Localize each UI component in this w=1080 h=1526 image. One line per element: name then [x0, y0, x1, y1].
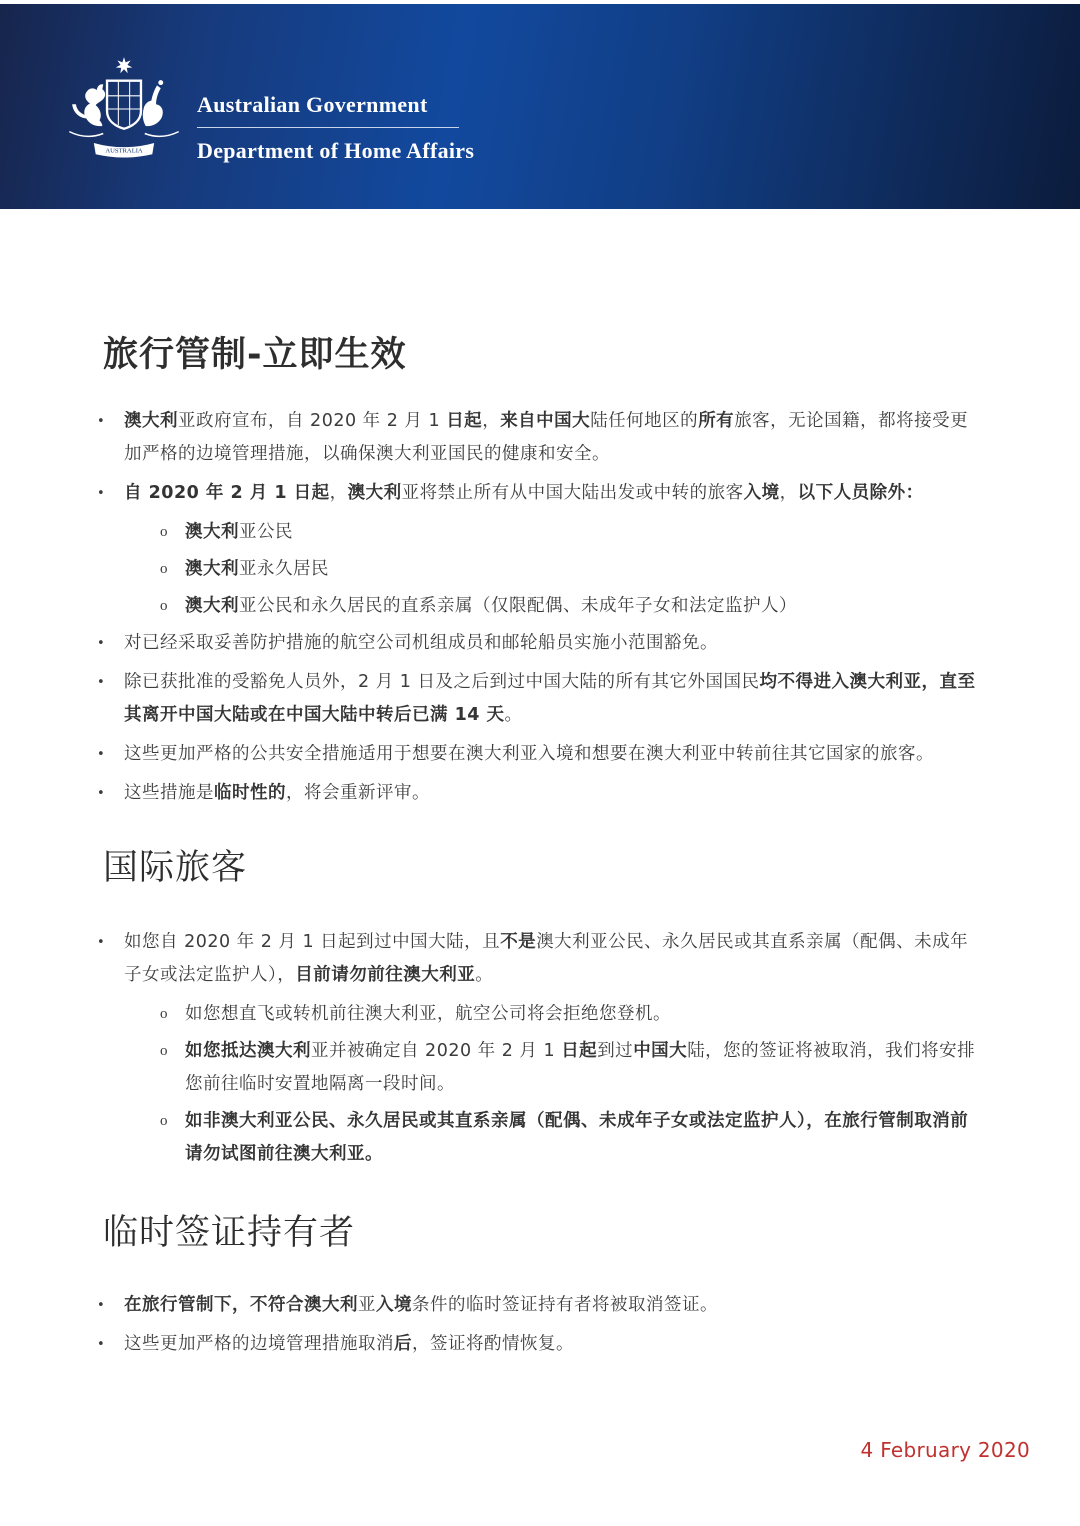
sub-bullet-item: o 如您想直飞或转机前往澳大利亚，航空公司将会拒绝您登机。	[97, 998, 986, 1031]
bullet-item: • 对已经采取妥善防护措施的航空公司机组成员和邮轮船员实施小范围豁免。	[97, 627, 986, 660]
bullet-icon: •	[97, 405, 124, 471]
bullet-text: 澳大利亚政府宣布，自 2020 年 2 月 1 日起，来自中国大陆任何地区的所有…	[124, 405, 986, 471]
australian-coat-of-arms-icon: AUSTRALIA	[58, 46, 190, 172]
bullet-text: 如您自 2020 年 2 月 1 日起到过中国大陆，且不是澳大利亚公民、永久居民…	[124, 926, 986, 992]
bullet-icon: •	[97, 926, 124, 992]
sub-bullet-text: 澳大利亚永久居民	[185, 553, 986, 586]
bullet-icon: •	[97, 627, 124, 660]
bullet-item: • 这些更加严格的边境管理措施取消后，签证将酌情恢复。	[97, 1328, 986, 1361]
sub-bullet-text: 如非澳大利亚公民、永久居民或其直系亲属（配偶、未成年子女或法定监护人），在旅行管…	[185, 1105, 986, 1171]
sub-bullet-item: o 澳大利亚永久居民	[97, 553, 986, 586]
sub-bullet-item: o 澳大利亚公民	[97, 516, 986, 549]
sub-bullet-icon: o	[160, 553, 185, 586]
document-body: 旅行管制-立即生效 • 澳大利亚政府宣布，自 2020 年 2 月 1 日起，来…	[0, 209, 1080, 1367]
wattle-spray-icon	[69, 132, 103, 137]
section-title-international-travellers: 国际旅客	[103, 840, 986, 890]
document-date: 4 February 2020	[861, 1438, 1030, 1462]
bullet-item: • 在旅行管制下，不符合澳大利亚入境条件的临时签证持有者将被取消签证。	[97, 1289, 986, 1322]
bullet-text: 这些措施是临时性的，将会重新评审。	[124, 777, 986, 810]
header-banner: AUSTRALIA Australian Government Departme…	[0, 4, 1080, 209]
bullet-item: • 这些更加严格的公共安全措施适用于想要在澳大利亚入境和想要在澳大利亚中转前往其…	[97, 738, 986, 771]
bullet-text: 这些更加严格的边境管理措施取消后，签证将酌情恢复。	[124, 1328, 986, 1361]
bullet-text: 除已获批准的受豁免人员外，2 月 1 日及之后到过中国大陆的所有其它外国国民均不…	[124, 666, 986, 732]
sub-bullet-text: 澳大利亚公民	[185, 516, 986, 549]
bullet-text: 这些更加严格的公共安全措施适用于想要在澳大利亚入境和想要在澳大利亚中转前往其它国…	[124, 738, 986, 771]
agency-divider	[197, 127, 459, 128]
bullet-icon: •	[97, 477, 124, 510]
sub-bullet-icon: o	[160, 590, 185, 623]
sub-bullet-icon: o	[160, 516, 185, 549]
emu-icon	[143, 85, 163, 126]
commonwealth-star-icon	[116, 57, 133, 73]
sub-bullet-item: o 如非澳大利亚公民、永久居民或其直系亲属（配偶、未成年子女或法定监护人），在旅…	[97, 1105, 986, 1171]
section-title-temporary-visa-holders: 临时签证持有者	[103, 1205, 986, 1255]
bullet-icon: •	[97, 1328, 124, 1361]
bullet-item: • 自 2020 年 2 月 1 日起，澳大利亚将禁止所有从中国大陆出发或中转的…	[97, 477, 986, 510]
agency-title-block: Australian Government Department of Home…	[197, 92, 617, 164]
department-name: Department of Home Affairs	[197, 138, 617, 164]
sub-bullet-icon: o	[160, 998, 185, 1031]
sub-bullet-icon: o	[160, 1035, 185, 1101]
government-name: Australian Government	[197, 92, 617, 118]
bullet-text: 在旅行管制下，不符合澳大利亚入境条件的临时签证持有者将被取消签证。	[124, 1289, 986, 1322]
bullet-icon: •	[97, 738, 124, 771]
kangaroo-icon	[84, 84, 105, 126]
bullet-item: • 如您自 2020 年 2 月 1 日起到过中国大陆，且不是澳大利亚公民、永久…	[97, 926, 986, 992]
bullet-text: 对已经采取妥善防护措施的航空公司机组成员和邮轮船员实施小范围豁免。	[124, 627, 986, 660]
bullet-icon: •	[97, 1289, 124, 1322]
sub-bullet-item: o 澳大利亚公民和永久居民的直系亲属（仅限配偶、未成年子女和法定监护人）	[97, 590, 986, 623]
shield-icon	[107, 81, 141, 129]
sub-bullet-text: 如您想直飞或转机前往澳大利亚，航空公司将会拒绝您登机。	[185, 998, 986, 1031]
bullet-icon: •	[97, 777, 124, 810]
sub-bullet-icon: o	[160, 1105, 185, 1171]
sub-bullet-text: 如您抵达澳大利亚并被确定自 2020 年 2 月 1 日起到过中国大陆，您的签证…	[185, 1035, 986, 1101]
scroll-banner-text: AUSTRALIA	[105, 147, 143, 154]
document-page: AUSTRALIA Australian Government Departme…	[0, 0, 1080, 1526]
sub-bullet-text: 澳大利亚公民和永久居民的直系亲属（仅限配偶、未成年子女和法定监护人）	[185, 590, 986, 623]
bullet-item: • 澳大利亚政府宣布，自 2020 年 2 月 1 日起，来自中国大陆任何地区的…	[97, 405, 986, 471]
sub-bullet-item: o 如您抵达澳大利亚并被确定自 2020 年 2 月 1 日起到过中国大陆，您的…	[97, 1035, 986, 1101]
section-title-travel-restrictions: 旅行管制-立即生效	[103, 327, 986, 377]
bullet-item: • 这些措施是临时性的，将会重新评审。	[97, 777, 986, 810]
bullet-item: • 除已获批准的受豁免人员外，2 月 1 日及之后到过中国大陆的所有其它外国国民…	[97, 666, 986, 732]
bullet-icon: •	[97, 666, 124, 732]
bullet-text: 自 2020 年 2 月 1 日起，澳大利亚将禁止所有从中国大陆出发或中转的旅客…	[124, 477, 986, 510]
